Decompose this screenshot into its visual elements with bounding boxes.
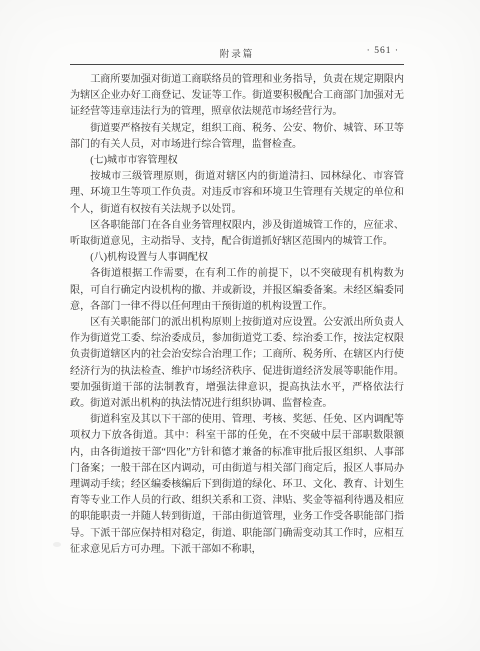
scan-smudge-artifact bbox=[53, 542, 61, 547]
paragraph-subheading: (七)城市市容管理权 bbox=[70, 153, 404, 169]
scanned-book-page: 附录篇 · 561 · 工商所要加强对街道工商联络员的管理和业务指导，负责在规定… bbox=[0, 0, 480, 651]
paragraph: 工商所要加强对街道工商联络员的管理和业务指导，负责在规定期限内为辖区企业办好工商… bbox=[70, 72, 404, 121]
paragraph: 按城市三级管理原则，街道对辖区内的街道清扫、园林绿化、市容管理、环境卫生等项工作… bbox=[70, 169, 404, 218]
text-column: 附录篇 · 561 · 工商所要加强对街道工商联络员的管理和业务指导，负责在规定… bbox=[70, 46, 404, 558]
paragraph: 街道科室及其以下干部的使用、管理、考核、奖惩、任免、区内调配等项权力下放各街道。… bbox=[70, 412, 404, 558]
paragraph: 各街道根据工作需要，在有利工作的前提下，以不突破现有机构数为限，可自行确定内设机… bbox=[70, 266, 404, 315]
section-title: 附录篇 bbox=[70, 46, 404, 60]
page-number: · 561 · bbox=[367, 46, 399, 56]
paragraph-subheading: (八)机构设置与人事调配权 bbox=[70, 250, 404, 266]
body-text: 工商所要加强对街道工商联络员的管理和业务指导，负责在规定期限内为辖区企业办好工商… bbox=[70, 72, 404, 558]
paragraph: 区有关职能部门的派出机构原则上按街道对应设置。公安派出所负责人作为街道党工委、综… bbox=[70, 315, 404, 412]
paragraph: 区各职能部门在各自业务管理权限内，涉及街道城管工作的，应征求、听取街道意见，主动… bbox=[70, 218, 404, 250]
running-header: 附录篇 · 561 · bbox=[70, 46, 404, 61]
header-rule bbox=[70, 64, 404, 65]
paragraph: 街道要严格按有关规定，组织工商、税务、公安、物价、城管、环卫等部门的有关人员，对… bbox=[70, 121, 404, 153]
